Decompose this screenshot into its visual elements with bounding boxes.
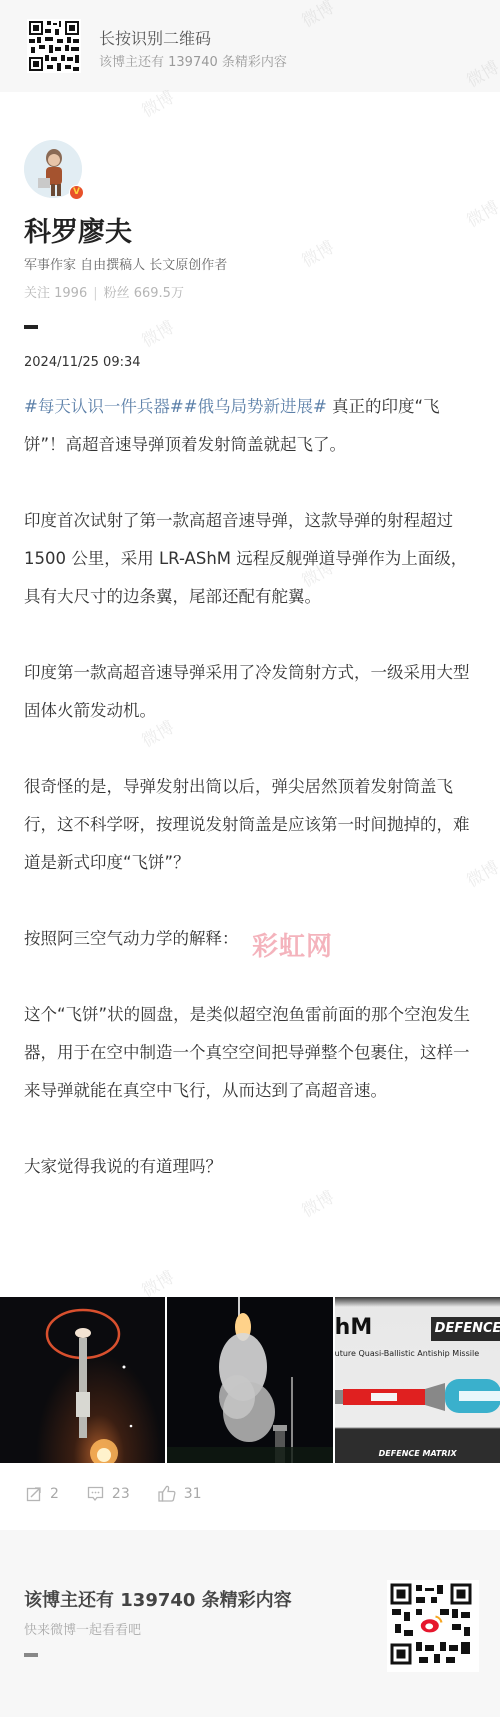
post-paragraph-4: 按照阿三空气动力学的解释： bbox=[24, 920, 474, 958]
username[interactable]: 科罗廖夫 bbox=[24, 210, 132, 249]
post-image-grid: hM DEFENCE M uture Quasi-Ballistic Antis… bbox=[0, 1297, 500, 1463]
like-count: 31 bbox=[184, 1486, 202, 1502]
qr-code-icon[interactable] bbox=[27, 19, 81, 73]
hashtag-link[interactable]: #每天认识一件兵器##俄乌局势新进展# bbox=[24, 397, 327, 416]
comment-icon bbox=[87, 1486, 104, 1502]
bottom-cta-subtitle: 快来微博一起看看吧 bbox=[24, 1619, 141, 1638]
user-stats: 关注 1996|粉丝 669.5万 bbox=[24, 282, 184, 301]
post-paragraph-5: 这个“飞饼”状的圆盘，是类似超空泡鱼雷前面的那个空泡发生器，用于在空中制造一个真… bbox=[24, 996, 474, 1110]
comment-button[interactable]: 23 bbox=[87, 1486, 130, 1502]
post-date: 2024/11/25 09:34 bbox=[24, 355, 141, 370]
bottom-divider bbox=[24, 1653, 38, 1657]
post-paragraph-0: #每天认识一件兵器##俄乌局势新进展# 真正的印度“飞饼”！高超音速导弹顶着发射… bbox=[24, 388, 474, 464]
like-button[interactable]: 31 bbox=[158, 1485, 202, 1502]
diagram-title: hM bbox=[335, 1315, 373, 1340]
post-content: #每天认识一件兵器##俄乌局势新进展# 真正的印度“飞饼”！高超音速导弹顶着发射… bbox=[24, 388, 474, 1224]
top-qr-banner[interactable]: 长按识别二维码 该博主还有 139740 条精彩内容 bbox=[0, 0, 500, 92]
diagram-banner: DEFENCE M bbox=[431, 1317, 500, 1341]
watermark-icon: 微博 bbox=[461, 193, 500, 232]
bottom-cta-title: 该博主还有 139740 条精彩内容 bbox=[24, 1586, 292, 1612]
thumbs-up-icon bbox=[158, 1485, 176, 1502]
diagram-footer: DEFENCE MATRIX bbox=[335, 1447, 500, 1463]
qr-prompt-subtitle: 该博主还有 139740 条精彩内容 bbox=[99, 51, 287, 70]
site-watermark: 彩虹网 bbox=[252, 926, 333, 963]
stats-separator: | bbox=[93, 286, 97, 301]
post-paragraph-1: 印度首次试射了第一款高超音速导弹，这款导弹的射程超过 1500 公里，采用 LR… bbox=[24, 502, 474, 616]
section-divider bbox=[24, 325, 38, 329]
repost-button[interactable]: 2 bbox=[26, 1486, 59, 1502]
following-count[interactable]: 关注 1996 bbox=[24, 286, 87, 301]
post-image-launch-circled[interactable] bbox=[0, 1297, 165, 1463]
post-paragraph-3: 很奇怪的是，导弹发射出筒以后，弹尖居然顶着发射筒盖飞行，这不科学呀，按理说发射筒… bbox=[24, 768, 474, 882]
watermark-icon: 微博 bbox=[136, 313, 178, 352]
post-image-missile-diagram[interactable]: hM DEFENCE M uture Quasi-Ballistic Antis… bbox=[333, 1297, 500, 1463]
verified-badge-icon: V bbox=[69, 185, 84, 200]
followers-count[interactable]: 粉丝 669.5万 bbox=[104, 286, 184, 301]
user-bio: 军事作家 自由撰稿人 长文原创作者 bbox=[24, 254, 227, 273]
weibo-qr-code-icon[interactable] bbox=[387, 1580, 479, 1672]
qr-prompt-title: 长按识别二维码 bbox=[99, 26, 211, 49]
repost-count: 2 bbox=[50, 1486, 59, 1502]
post-paragraph-2: 印度第一款高超音速导弹采用了冷发筒射方式，一级采用大型固体火箭发动机。 bbox=[24, 654, 474, 730]
repost-icon bbox=[26, 1486, 42, 1502]
post-image-launch-smoke[interactable] bbox=[165, 1297, 332, 1463]
post-action-bar: 2 23 31 bbox=[26, 1485, 230, 1502]
diagram-subtitle: uture Quasi-Ballistic Antiship Missile bbox=[335, 1349, 479, 1358]
comment-count: 23 bbox=[112, 1486, 130, 1502]
post-paragraph-6: 大家觉得我说的有道理吗？ bbox=[24, 1148, 474, 1186]
watermark-icon: 微博 bbox=[296, 233, 338, 272]
